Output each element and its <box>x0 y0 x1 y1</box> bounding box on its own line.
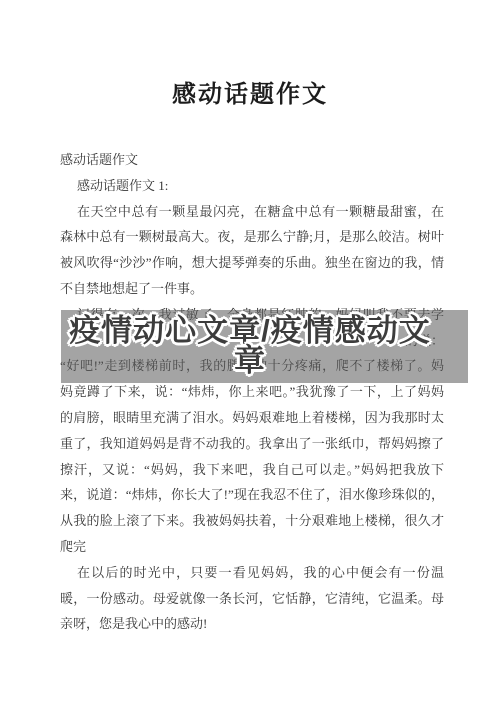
watermark-line-2: 章 <box>0 346 500 376</box>
text-line: 被风吹得“沙沙”作响，想大提琴弹奏的乐曲。独坐在窗边的我，情 <box>60 250 444 276</box>
text-line: 从我的脸上滚了下来。我被妈妈扶着，十分艰难地上楼梯，很久才 <box>60 508 444 534</box>
document-page: 感动话题作文 感动话题作文感动话题作文 1:在天空中总有一颗星最闪亮，在糖盒中总… <box>0 0 500 706</box>
document-title: 感动话题作文 <box>0 74 500 109</box>
text-line: 妈竟蹲了下来，说：“炜炜，你上来吧。”我犹豫了一下，上了妈妈 <box>60 379 444 405</box>
text-line: 暖，一份感动。母爱就像一条长河，它恬静，它清纯，它温柔。母 <box>60 586 444 612</box>
text-line: 感动话题作文 1: <box>60 173 444 199</box>
document-body: 感动话题作文感动话题作文 1:在天空中总有一颗星最闪亮，在糖盒中总有一颗糖最甜蜜… <box>60 147 444 637</box>
text-line: 来，说道：“炜炜，你长大了!”现在我忍不住了，泪水像珍珠似的， <box>60 482 444 508</box>
text-line: 亲呀，您是我心中的感动! <box>60 611 444 637</box>
watermark-line-1: 疫情动心文章/疫情感动文 <box>0 316 500 346</box>
text-line: 擦汗，又说：“妈妈，我下来吧，我自己可以走。”妈妈把我放下 <box>60 457 444 483</box>
text-line: 在天空中总有一颗星最闪亮，在糖盒中总有一颗糖最甜蜜，在 <box>60 199 444 225</box>
text-line: 感动话题作文 <box>60 147 444 173</box>
text-line: 在以后的时光中，只要一看见妈妈，我的心中便会有一份温 <box>60 560 444 586</box>
text-line: 重了，我知道妈妈是背不动我的。我拿出了一张纸巾，帮妈妈擦了 <box>60 431 444 457</box>
text-line: 的肩膀，眼睛里充满了泪水。妈妈艰难地上着楼梯，因为我那时太 <box>60 405 444 431</box>
watermark-text: 疫情动心文章/疫情感动文 章 <box>0 316 500 376</box>
text-line: 爬完 <box>60 534 444 560</box>
text-line: 森林中总有一颗树最高大。夜，是那么宁静;月，是那么皎洁。树叶 <box>60 224 444 250</box>
text-line: 不自禁地想起了一件事。 <box>60 276 444 302</box>
text-lines: 感动话题作文感动话题作文 1:在天空中总有一颗星最闪亮，在糖盒中总有一颗糖最甜蜜… <box>60 147 444 637</box>
